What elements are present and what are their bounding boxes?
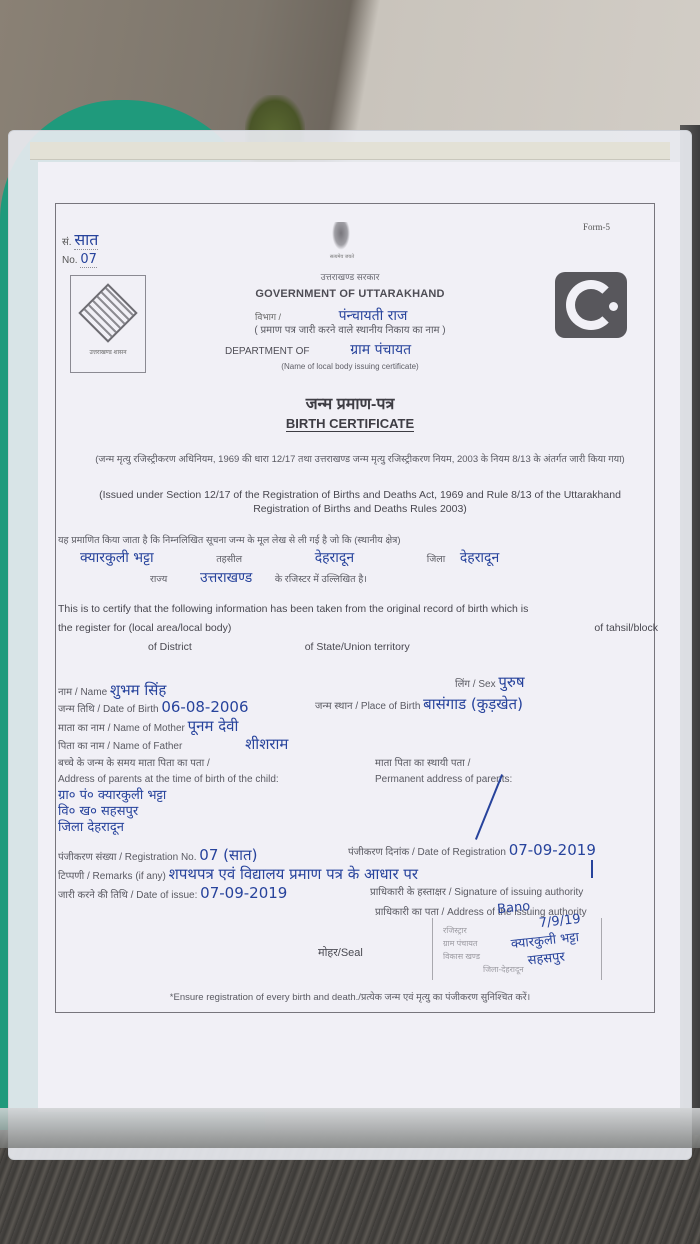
title-english: BIRTH CERTIFICATE [0,416,700,431]
serial-hindi-value: सात [74,230,98,250]
sex-label: लिंग / Sex [455,679,496,690]
name-label: नाम / Name [58,687,107,698]
serial-number: No. 07 [62,252,97,267]
birth-address-line: ग्रा० पं० क्यारकुली भट्टा [58,788,279,804]
sex-value: पुरुष [498,673,524,691]
registration-no-label: पंजीकरण संख्या / Registration No. [58,852,197,863]
sex-field: लिंग / Sex पुरुष [455,672,525,692]
pob-value: बासंगाड (कुड़खेत) [423,695,523,713]
tehsil-label: तहसील [216,554,242,565]
registration-date-label: पंजीकरण दिनांक / Date of Registration [348,847,506,858]
department-english: DEPARTMENT OF ग्राम पंचायत [225,340,411,359]
ashoka-emblem-icon [332,222,350,250]
remarks-label: टिप्पणी / Remarks (if any) [58,871,166,882]
emblem-caption: सत्यमेव जयते [322,254,362,260]
father-field: पिता का नाम / Name of Father शीशराम [58,734,288,754]
certify-english-line2: the register for (local area/local body)… [58,619,658,638]
pob-field: जन्म स्थान / Place of Birth बासंगाड (कुड… [315,694,523,714]
certify-english: This is to certify that the following in… [58,600,658,657]
certify-hindi-line2: क्यारकुली भट्टा तहसील देहरादून जिला देहर… [80,548,499,567]
serial-number-label: No. [62,255,78,266]
mother-label: माता का नाम / Name of Mother [58,723,185,734]
certify-hindi-line3: राज्य उत्तराखण्ड के रजिस्टर में उल्लिखित… [150,568,367,587]
permanent-address-label-en: Permanent address of parents: [375,772,512,788]
district-label: जिला [427,554,445,565]
certify-english-line3: of District of State/Union territory [58,638,658,657]
state-label: राज्य [150,574,167,585]
birth-address-field: बच्चे के जन्म के समय माता पिता का पता / … [58,756,279,836]
registration-no-field: पंजीकरण संख्या / Registration No. 07 (सा… [58,845,257,865]
department-english-note: (Name of local body issuing certificate) [0,362,700,371]
department-hindi-note: ( प्रमाण पत्र जारी करने वाले स्थानीय निक… [0,322,700,336]
registration-date-field: पंजीकरण दिनांक / Date of Registration 07… [348,841,596,859]
certify-hindi-suffix: के रजिस्टर में उल्लिखित है। [275,574,367,585]
logo-dot [609,302,618,311]
government-hindi: उत्तराखण्ड सरकार [0,270,700,283]
department-hindi-label: विभाग / [255,312,281,322]
remarks-end-mark [591,860,593,878]
government-english: GOVERNMENT OF UTTARAKHAND [0,288,700,300]
title-hindi: जन्म प्रमाण-पत्र [0,392,700,414]
act-reference-english: (Issued under Section 12/17 of the Regis… [70,488,650,516]
mother-field: माता का नाम / Name of Mother पूनम देवी [58,716,238,736]
footer-note: *Ensure registration of every birth and … [0,990,700,1003]
uttarakhand-logo-caption: उत्तराखण्ड शासन [89,348,126,356]
birth-address-line: जिला देहरादून [58,820,279,836]
birth-address-label-hi: बच्चे के जन्म के समय माता पिता का पता / [58,756,279,772]
permanent-address-label-hi: माता पिता का स्थायी पता / [375,756,512,772]
local-area-value: क्यारकुली भट्टा [80,550,154,566]
serial-hindi-label: सं. [62,237,72,248]
birth-address-label-en: Address of parents at the time of birth … [58,772,279,788]
permanent-address-field: माता पिता का स्थायी पता / Permanent addr… [375,756,512,788]
department-english-label: DEPARTMENT OF [225,346,309,357]
local-area-label: the register for (local area/local body) [58,619,231,638]
issue-date-value: 07-09-2019 [200,884,287,902]
serial-hindi: सं. सात [62,228,98,250]
father-label: पिता का नाम / Name of Father [58,741,182,752]
sleeve-top-strip [30,142,670,160]
district-label-en: of District [148,641,192,653]
dob-value: 06-08-2006 [161,698,248,716]
dob-field: जन्म तिथि / Date of Birth 06-08-2006 [58,698,249,716]
name-field: नाम / Name शुभम सिंह [58,680,166,700]
certify-hindi-intro: यह प्रमाणित किया जाता है कि निम्नलिखित स… [58,533,401,546]
registration-no-value: 07 (सात) [199,846,257,864]
signature: Bano 7/9/19 क्यारकुली भट्टा सहसपुर [477,893,586,975]
issue-date-field: जारी करने की तिथि / Date of issue: 07-09… [58,884,287,902]
seal-label: मोहर/Seal [318,945,363,960]
department-english-value: ग्राम पंचायत [350,342,411,358]
state-label-en: of State/Union territory [305,641,410,653]
remarks-value: शपथपत्र एवं विद्यालय प्रमाण पत्र के आधार… [169,865,418,883]
pob-label: जन्म स्थान / Place of Birth [315,701,420,712]
certify-english-line1: This is to certify that the following in… [58,600,658,619]
tehsil-value: देहरादून [315,550,354,566]
registration-date-value: 07-09-2019 [509,841,596,859]
serial-number-value: 07 [80,252,97,268]
birth-address-line: वि० ख० सहसपुर [58,804,279,820]
state-value: उत्तराखण्ड [200,570,252,586]
district-value: देहरादून [460,550,499,566]
tahsil-block-label: of tahsil/block [594,619,658,638]
form-number: Form-5 [583,222,610,232]
sleeve-bottom-strip [0,1108,700,1148]
dob-label: जन्म तिथि / Date of Birth [58,704,159,715]
mother-value: पूनम देवी [188,717,239,735]
remarks-field: टिप्पणी / Remarks (if any) शपथपत्र एवं व… [58,864,418,884]
act-reference-hindi: (जन्म मृत्यु रजिस्ट्रीकरण अधिनियम, 1969 … [80,452,640,468]
issue-date-label: जारी करने की तिथि / Date of issue: [58,890,197,901]
father-value: शीशराम [245,735,288,753]
title-english-text: BIRTH CERTIFICATE [286,416,414,432]
name-value: शुभम सिंह [110,681,166,699]
